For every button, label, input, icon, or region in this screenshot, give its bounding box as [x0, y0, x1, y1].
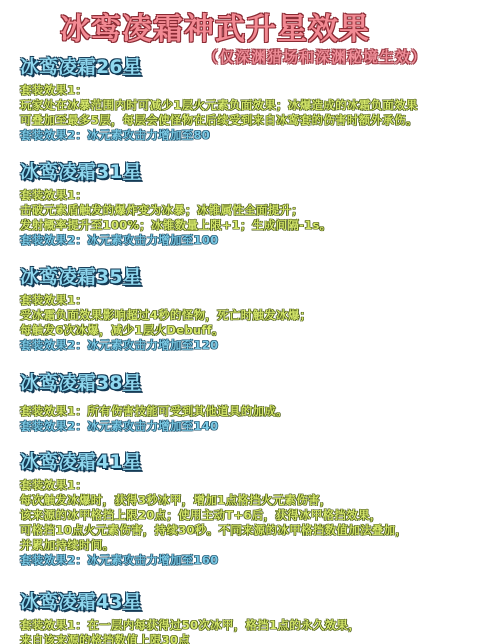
effect2-text: 套装效果2：冰元素攻击力增加至120: [20, 338, 312, 353]
section-heading: 冰鸾凌霜41星: [20, 449, 407, 475]
section-26-star: 冰鸾凌霜26星 套装效果1： 玩家处在冰暴范围内时可减少1层火元素负面效果；冰爆…: [20, 54, 418, 143]
effect1-text: 并累加持续时间。: [20, 538, 407, 553]
effect1-text: 来自该来源的格挡数值上限30点: [20, 633, 360, 644]
effect1-text: 击破元素盾触发的爆炸变为冰暴；冰锥属性全面提升；: [20, 203, 331, 218]
effect1-label: 套装效果1：: [20, 478, 407, 493]
effect1-text: 受冰霜负面效果影响超过4秒的怪物，死亡时触发冰爆；: [20, 308, 312, 323]
section-35-star: 冰鸾凌霜35星 套装效果1： 受冰霜负面效果影响超过4秒的怪物，死亡时触发冰爆；…: [20, 264, 312, 353]
effect1-label: 套装效果1：: [20, 188, 331, 203]
effect2-text: 套装效果2：冰元素攻击力增加至80: [20, 128, 418, 143]
section-heading: 冰鸾凌霜31星: [20, 159, 331, 185]
section-heading: 冰鸾凌霜38星: [20, 370, 288, 396]
effect1-label: 套装效果1：: [20, 293, 312, 308]
effect1-text: 每触发6次冰爆，减少1层火Debuff。: [20, 323, 312, 338]
effect1-text: 玩家处在冰暴范围内时可减少1层火元素负面效果；冰爆造成的冰霜负面效果: [20, 98, 418, 113]
section-43-star: 冰鸾凌霜43星 套装效果1：在一层内每获得过50次冰甲，格挡1点的永久效果， 来…: [20, 589, 360, 644]
effect1-text: 套装效果1：所有伤害技能可受到其他道具的加成。: [20, 404, 288, 419]
effect1-text: 该来源的冰甲格挡上限20点；使用主动T+6后，获得冰甲格挡效果，: [20, 508, 407, 523]
effect1-text: 可格挡10点火元素伤害，持续30秒。不同来源的冰甲格挡数值加法叠加，: [20, 523, 407, 538]
effect2-text: 套装效果2：冰元素攻击力增加至100: [20, 233, 331, 248]
section-heading: 冰鸾凌霜35星: [20, 264, 312, 290]
page-title: 冰鸾凌霜神武升星效果: [60, 4, 370, 48]
effect2-text: 套装效果2：冰元素攻击力增加至160: [20, 553, 407, 568]
section-38-star: 冰鸾凌霜38星 套装效果1：所有伤害技能可受到其他道具的加成。 套装效果2：冰元…: [20, 370, 288, 434]
effect1-label: 套装效果1：: [20, 83, 418, 98]
effect1-text: 每次触发冰爆时，获得3秒冰甲，增加1点格挡火元素伤害，: [20, 493, 407, 508]
section-heading: 冰鸾凌霜43星: [20, 589, 360, 615]
section-heading: 冰鸾凌霜26星: [20, 54, 418, 80]
effect1-text: 可叠加至最多5层，每层会使怪物在后续受到来自冰鸾套的伤害时额外承伤。: [20, 113, 418, 128]
section-31-star: 冰鸾凌霜31星 套装效果1： 击破元素盾触发的爆炸变为冰暴；冰锥属性全面提升； …: [20, 159, 331, 248]
section-41-star: 冰鸾凌霜41星 套装效果1： 每次触发冰爆时，获得3秒冰甲，增加1点格挡火元素伤…: [20, 449, 407, 568]
effect2-text: 套装效果2：冰元素攻击力增加至140: [20, 419, 288, 434]
effect1-text: 发射概率提升至100%；冰锥数量上限+1；生成间隔-1s。: [20, 218, 331, 233]
effect1-text: 套装效果1：在一层内每获得过50次冰甲，格挡1点的永久效果，: [20, 618, 360, 633]
